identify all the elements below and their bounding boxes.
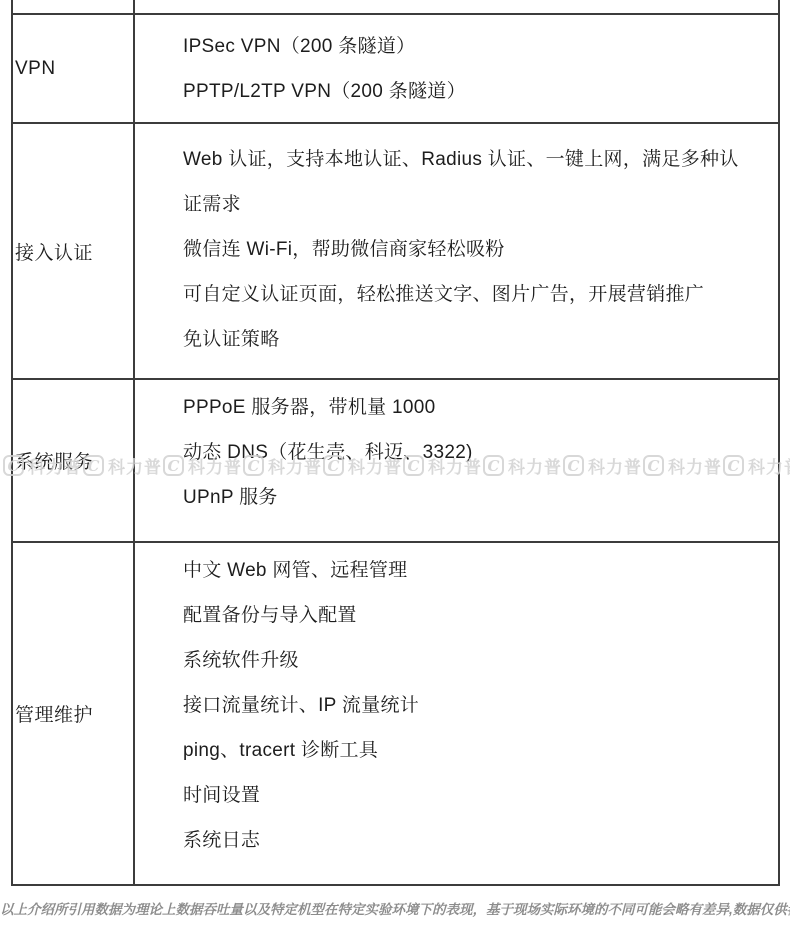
row-content: Web 认证，支持本地认证、Radius 认证、一键上网，满足多种认证需求微信连… [135, 124, 778, 378]
row-content [135, 0, 778, 13]
spec-line: 可自定义认证页面，轻松推送文字、图片广告，开展营销推广 [183, 272, 752, 317]
spec-line: IPSec VPN（200 条隧道） [183, 24, 752, 69]
spec-line: 系统软件升级 [183, 638, 752, 683]
spec-line: 配置备份与导入配置 [183, 593, 752, 638]
spec-line: 系统日志 [183, 818, 752, 863]
product-spec-page: VPNIPSec VPN（200 条隧道）PPTP/L2TP VPN（200 条… [0, 0, 790, 929]
table-row: 接入认证Web 认证，支持本地认证、Radius 认证、一键上网，满足多种认证需… [13, 124, 778, 380]
row-label: VPN [13, 15, 135, 122]
table-row: 管理维护中文 Web 网管、远程管理配置备份与导入配置系统软件升级接口流量统计、… [13, 543, 778, 884]
spec-line: 中文 Web 网管、远程管理 [183, 548, 752, 593]
spec-line: UPnP 服务 [183, 475, 752, 520]
table-row: 系统服务PPPoE 服务器，带机量 1000动态 DNS（花生壳、科迈、3322… [13, 380, 778, 543]
spec-line: 接口流量统计、IP 流量统计 [183, 683, 752, 728]
row-content: 中文 Web 网管、远程管理配置备份与导入配置系统软件升级接口流量统计、IP 流… [135, 543, 778, 884]
spec-line: PPPoE 服务器，带机量 1000 [183, 385, 752, 430]
table-row [13, 0, 778, 15]
spec-line: 免认证策略 [183, 317, 752, 362]
spec-line: 时间设置 [183, 773, 752, 818]
row-content: IPSec VPN（200 条隧道）PPTP/L2TP VPN（200 条隧道） [135, 15, 778, 122]
row-content: PPPoE 服务器，带机量 1000动态 DNS（花生壳、科迈、3322)UPn… [135, 380, 778, 541]
spec-line: ping、tracert 诊断工具 [183, 728, 752, 773]
row-label: 接入认证 [13, 124, 135, 378]
spec-line: PPTP/L2TP VPN（200 条隧道） [183, 69, 752, 114]
disclaimer-text: 以上介绍所引用数据为理论上数据吞吐量以及特定机型在特定实验环境下的表现，基于现场… [0, 898, 790, 922]
table-row: VPNIPSec VPN（200 条隧道）PPTP/L2TP VPN（200 条… [13, 15, 778, 124]
spec-line: 动态 DNS（花生壳、科迈、3322) [183, 430, 752, 475]
spec-table: VPNIPSec VPN（200 条隧道）PPTP/L2TP VPN（200 条… [11, 0, 780, 886]
row-label: 系统服务 [13, 380, 135, 541]
row-label [13, 0, 135, 13]
spec-line: 微信连 Wi-Fi，帮助微信商家轻松吸粉 [183, 227, 752, 272]
row-label: 管理维护 [13, 543, 135, 884]
spec-line: Web 认证，支持本地认证、Radius 认证、一键上网，满足多种认证需求 [183, 137, 752, 227]
